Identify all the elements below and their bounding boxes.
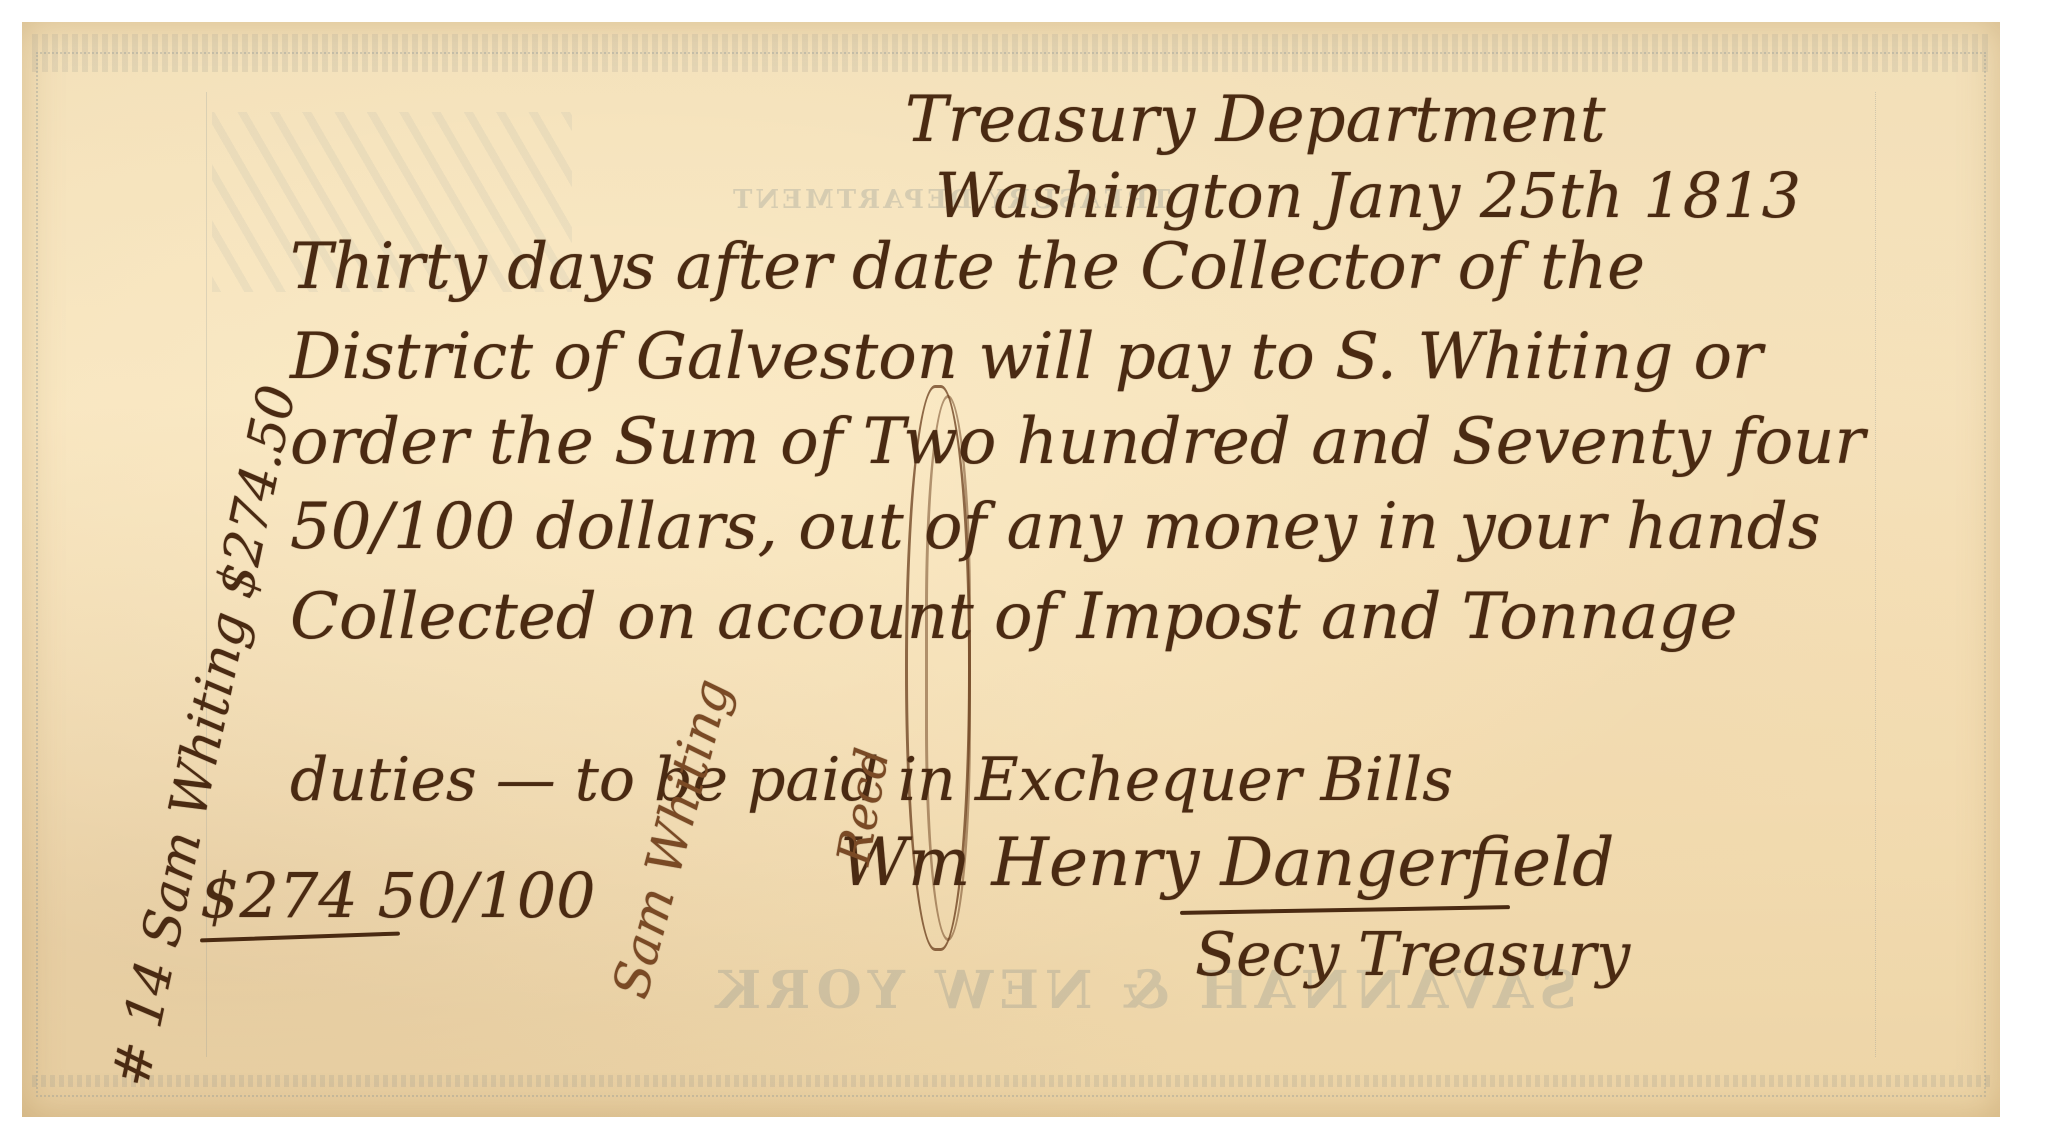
body-line-5: Collected on account of Impost and Tonna… bbox=[290, 585, 1737, 649]
signature: Wm Henry Dangerfield bbox=[840, 830, 1614, 896]
place-and-date: Washington Jany 25th 1813 bbox=[935, 165, 1801, 227]
signature-title: Secy Treasury bbox=[1195, 925, 1630, 985]
body-line-2: District of Galveston will pay to S. Whi… bbox=[290, 325, 1763, 389]
body-line-1: Thirty days after date the Collector of … bbox=[290, 235, 1645, 299]
printed-right-panel bbox=[1875, 92, 1986, 1057]
amount-figure: $274 50/100 bbox=[200, 865, 596, 927]
body-line-3: order the Sum of Two hundred and Seventy… bbox=[290, 410, 1865, 474]
document-heading: Treasury Department bbox=[905, 88, 1606, 152]
body-line-4: 50/100 dollars, out of any money in your… bbox=[290, 495, 1821, 559]
